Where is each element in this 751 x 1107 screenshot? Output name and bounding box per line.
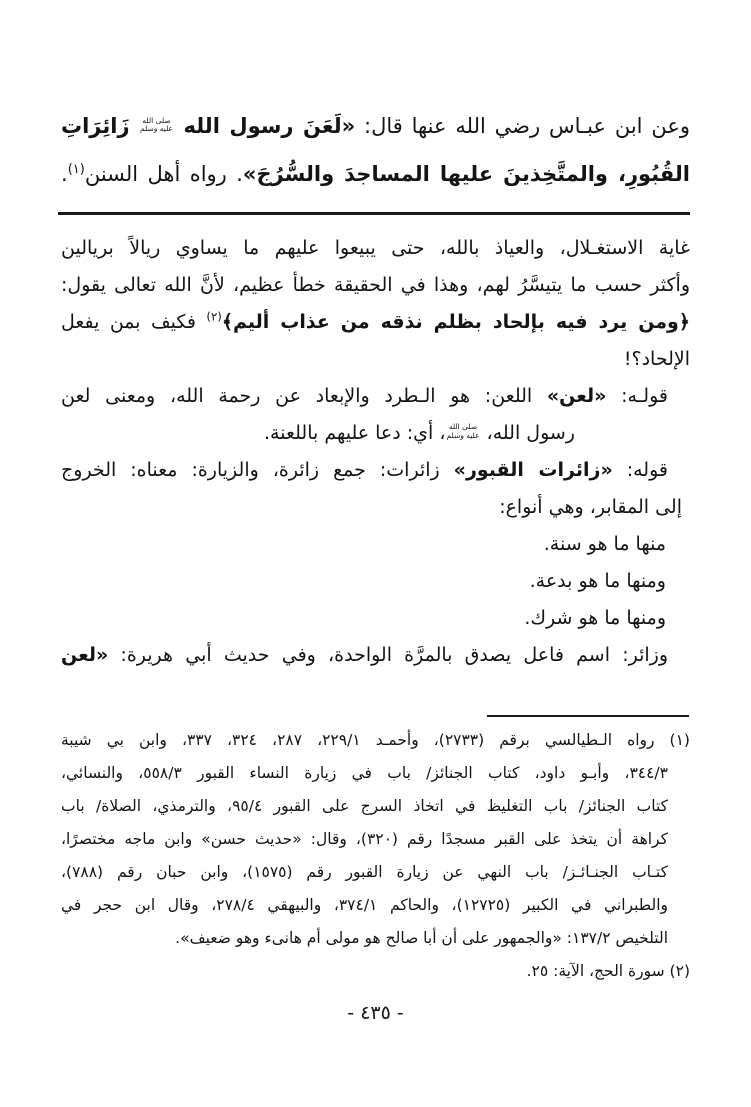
commentary-line: ومنها ما هو شرك. <box>61 600 690 637</box>
text-segment: إلى المقابر، وهي أنواع: <box>499 496 682 518</box>
text-segment: . رواه أهل السنن <box>85 162 243 186</box>
text-segment: وعن ابن عبـاس رضي الله عنها قال: <box>355 114 690 138</box>
text-segment: زَائِرَاتِ <box>61 114 139 138</box>
commentary-line: الإلحاد؟! <box>61 341 690 378</box>
text-segment: غاية الاستغـلال، والعياذ بالله، حتى يبيع… <box>61 237 690 259</box>
commentary-line: إلى المقابر، وهي أنواع: <box>61 489 690 526</box>
footnote-line: كتـاب الجنـائـز/ باب النهي عن زيارة القب… <box>61 856 690 889</box>
commentary-text: غاية الاستغـلال، والعياذ بالله، حتى يبيع… <box>61 230 690 674</box>
text-segment: قولـه: <box>606 385 668 407</box>
commentary-line: ومنها ما هو بدعة. <box>61 563 690 600</box>
text-segment: «لعن <box>61 644 108 666</box>
pbuh-honorific-icon: صلى اللهعليه وسلم <box>447 423 480 440</box>
commentary-line: رسول الله، صلى اللهعليه وسلم، أي: دعا عل… <box>61 415 690 452</box>
page-number: - ٤٣٥ - <box>0 1002 751 1024</box>
text-segment: «لَعَنَ رسول الله <box>174 114 355 138</box>
commentary-line: قولـه: «لعن» اللعن: هو الـطرد والإبعاد ع… <box>61 378 690 415</box>
text-segment: قوله: <box>613 459 668 481</box>
footnote-marker: (١) <box>654 731 690 749</box>
commentary-line: وزائر: اسم فاعل يصدق بالمرَّة الواحدة، و… <box>61 637 690 674</box>
hadith-line: وعن ابن عبـاس رضي الله عنها قال: «لَعَنَ… <box>61 102 690 150</box>
footnote-line: كراهة أن يتخذ على القبر مسجدًا رقم (٣٢٠)… <box>61 823 690 856</box>
commentary-line: منها ما هو سنة. <box>61 526 690 563</box>
footnote-line: (٢) سورة الحج، الآية: ٢٥. <box>61 955 690 988</box>
text-segment: «لعن» <box>547 385 607 407</box>
footnote-line: ٣٤٤/٣، وأبـو داود، كتاب الجنائز/ باب في … <box>61 757 690 790</box>
footnote-line: كتاب الجنائز/ باب التغليظ في اتخاذ السرج… <box>61 790 690 823</box>
text-segment: ومنها ما هو بدعة. <box>530 570 666 592</box>
footnote-reference: (٢) <box>206 310 222 324</box>
footnote-line: (١) رواه الـطيالسي برقم (٢٧٣٣)، وأحمـد ٢… <box>61 724 690 757</box>
commentary-line: ﴿ومن يرد فيه بإلحاد بظلم نذقه من عذاب أل… <box>61 304 690 341</box>
text-segment: والطبراني في الكبير (١٢٧٢٥)، والحاكم ٣٧٤… <box>61 896 668 914</box>
footnote-line: والطبراني في الكبير (١٢٧٢٥)، والحاكم ٣٧٤… <box>61 889 690 922</box>
book-page: وعن ابن عبـاس رضي الله عنها قال: «لَعَنَ… <box>0 0 751 1107</box>
text-segment: التلخيص ١٣٧/٢: «والجمهور على أن أبا صالح… <box>175 929 668 947</box>
hadith-paragraph: وعن ابن عبـاس رضي الله عنها قال: «لَعَنَ… <box>61 102 690 198</box>
text-segment: وزائر: اسم فاعل يصدق بالمرَّة الواحدة، و… <box>108 644 668 666</box>
text-segment: كتاب الجنائز/ باب التغليظ في اتخاذ السرج… <box>61 797 668 815</box>
text-segment: «زائرات القبور» <box>454 459 613 481</box>
footnotes-section: (١) رواه الـطيالسي برقم (٢٧٣٣)، وأحمـد ٢… <box>61 724 690 988</box>
commentary-line: وأكثر حسب ما يتيسَّرُ لهم، وهذا في الحقي… <box>61 267 690 304</box>
text-segment: ، أي: دعا عليهم باللعنة. <box>264 422 445 444</box>
text-segment: رواه الـطيالسي برقم (٢٧٣٣)، وأحمـد ٢٢٩/١… <box>61 731 654 749</box>
text-segment: سورة الحج، الآية: ٢٥. <box>527 962 665 980</box>
footnote-reference: (١) <box>68 162 85 177</box>
hadith-line: القُبُورِ، والمتَّخِذينَ عليها المساجدَ … <box>61 150 690 198</box>
commentary-line: غاية الاستغـلال، والعياذ بالله، حتى يبيع… <box>61 230 690 267</box>
text-segment: اللعن: هو الـطرد والإبعاد عن رحمة الله، … <box>61 385 547 407</box>
pbuh-honorific-icon: صلى اللهعليه وسلم <box>140 117 173 134</box>
text-segment: . <box>61 162 68 186</box>
section-divider-rule <box>58 212 690 215</box>
text-segment: القُبُورِ، والمتَّخِذينَ عليها المساجدَ … <box>243 162 690 186</box>
text-segment: منها ما هو سنة. <box>544 533 666 555</box>
text-segment: كراهة أن يتخذ على القبر مسجدًا رقم (٣٢٠)… <box>61 830 668 848</box>
text-segment: كتـاب الجنـائـز/ باب النهي عن زيارة القب… <box>61 863 668 881</box>
footnote-separator-rule <box>487 715 689 717</box>
text-segment: ومنها ما هو شرك. <box>524 607 666 629</box>
text-segment: الإلحاد؟! <box>624 348 690 370</box>
footnote-line: التلخيص ١٣٧/٢: «والجمهور على أن أبا صالح… <box>61 922 690 955</box>
text-segment: فكيف بمن يفعل <box>61 311 206 333</box>
text-segment: رسول الله، <box>481 422 575 444</box>
text-segment: ﴿ومن يرد فيه بإلحاد بظلم نذقه من عذاب أل… <box>222 311 690 333</box>
text-segment: وأكثر حسب ما يتيسَّرُ لهم، وهذا في الحقي… <box>61 274 690 296</box>
commentary-line: قوله: «زائرات القبور» زائرات: جمع زائرة،… <box>61 452 690 489</box>
text-segment: زائرات: جمع زائرة، والزيارة: معناه: الخر… <box>61 459 454 481</box>
text-segment: ٣٤٤/٣، وأبـو داود، كتاب الجنائز/ باب في … <box>61 764 668 782</box>
footnote-marker: (٢) <box>665 962 690 980</box>
